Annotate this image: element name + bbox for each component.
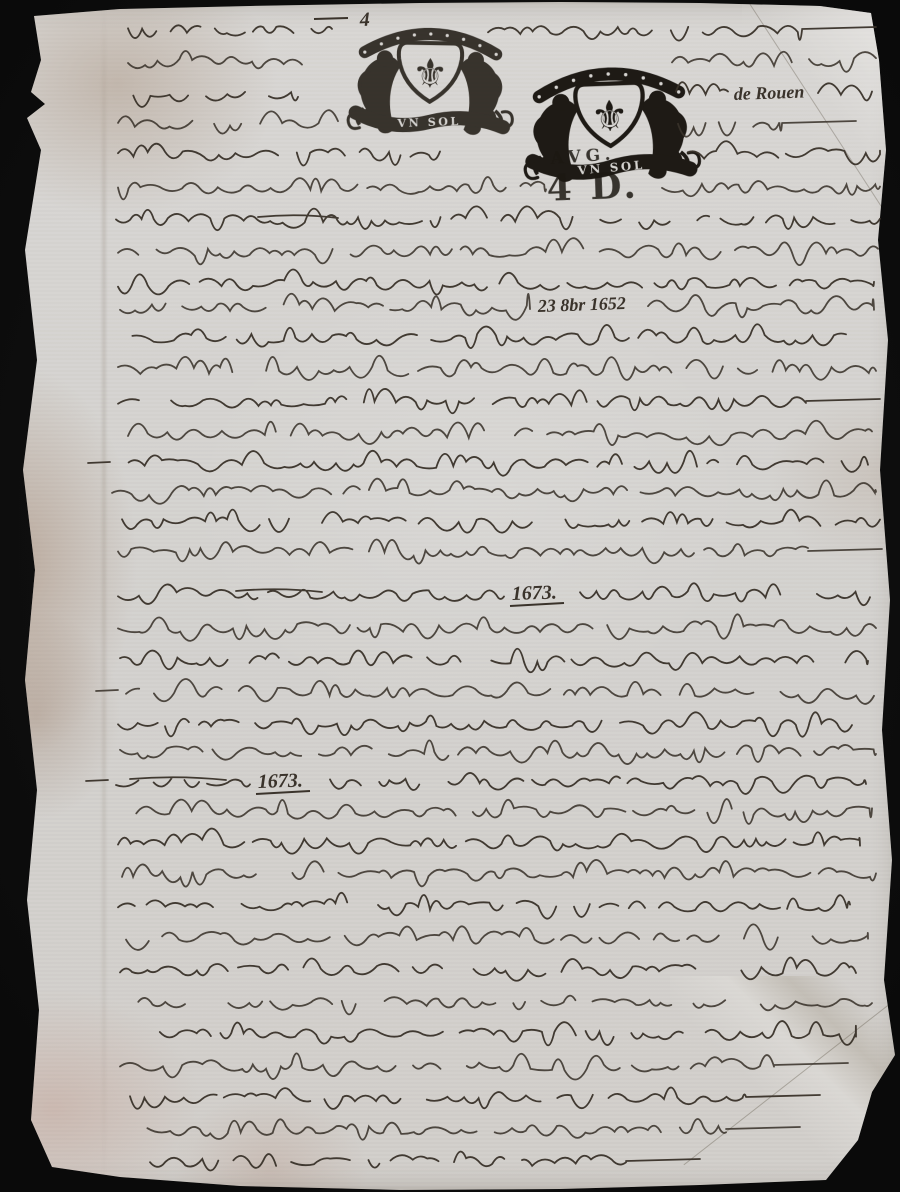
counterstamp-text-4d: 4 D. bbox=[546, 165, 639, 210]
manuscript-photo: ⚜VN SOL ⚜VN SOL AVG. 4 D. 4de Rouen23 8b… bbox=[0, 0, 900, 1192]
fleur-de-lis-icon: ⚜ bbox=[590, 91, 630, 142]
tax-stamp-left: ⚜VN SOL bbox=[333, 6, 528, 157]
fold-corner-top-right bbox=[742, 2, 892, 247]
counterstamp-avg-4d: AVG. 4 D. bbox=[550, 143, 640, 211]
fleur-de-lis-icon: ⚜ bbox=[412, 49, 449, 98]
ribbon-text: VN SOL bbox=[396, 115, 461, 130]
paper-sheet bbox=[0, 0, 900, 1192]
royal-crest-stamp-icon: ⚜VN SOL bbox=[333, 6, 528, 157]
fold-crease-left bbox=[102, 0, 106, 1192]
fold-corner-bottom-right bbox=[670, 976, 900, 1186]
